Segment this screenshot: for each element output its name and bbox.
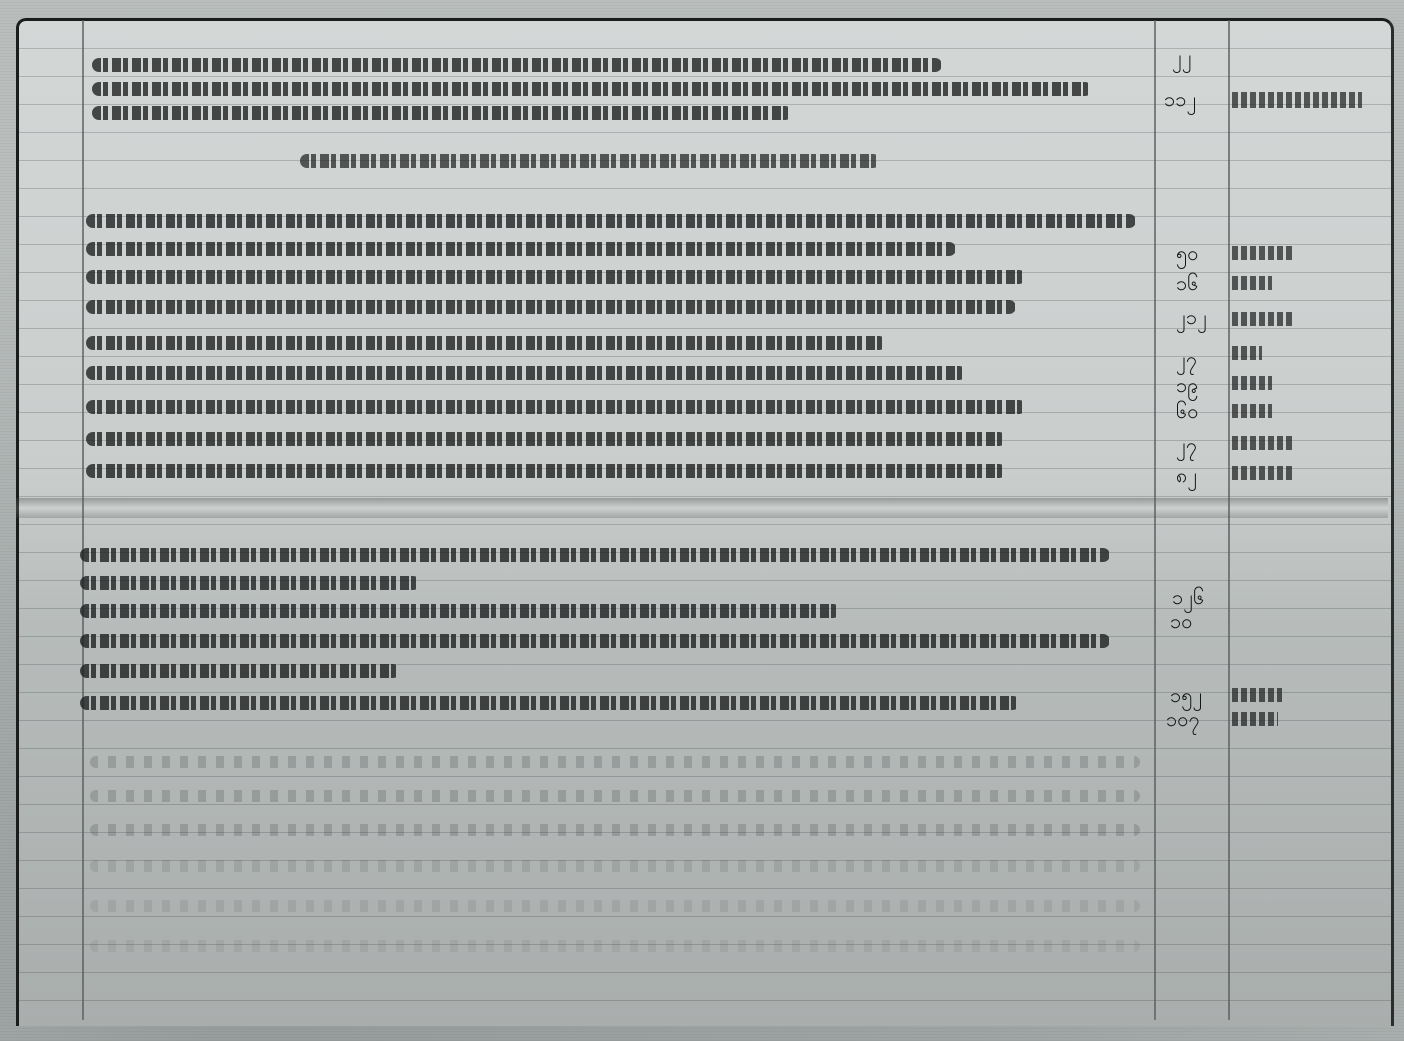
section-heading — [300, 146, 880, 172]
section1-note-3 — [1232, 312, 1292, 326]
section1-line-3 — [86, 262, 1026, 288]
header-number-2: ၁၁၂ — [1164, 86, 1196, 116]
handwritten-ink — [92, 58, 942, 72]
header-line-2 — [92, 74, 1092, 100]
section1-note-7 — [1232, 436, 1292, 450]
section1-note-2 — [1232, 276, 1272, 290]
left-margin-rule — [82, 20, 84, 1020]
section1-number-2: ၁၆ — [1176, 270, 1199, 300]
section2-number-2: ၁၀ — [1170, 608, 1193, 638]
bleed-through-text — [90, 900, 1140, 912]
handwritten-ink — [80, 664, 400, 678]
section2-line-1 — [80, 540, 1110, 566]
section2-line-5 — [80, 656, 400, 682]
handwritten-ink — [80, 548, 1110, 562]
bleed-through-text — [90, 940, 1140, 952]
handwritten-ink — [80, 634, 1110, 648]
bleed-through-text — [90, 756, 1140, 768]
handwritten-ink — [92, 82, 1092, 96]
handwritten-ink — [86, 270, 1026, 284]
section1-number-3: ၂၁၂ — [1176, 304, 1207, 334]
handwritten-ink — [86, 464, 1006, 478]
section1-line-1 — [86, 206, 1136, 232]
handwritten-ink — [86, 242, 956, 256]
bleed-through-text — [90, 790, 1140, 802]
section2-line-4 — [80, 626, 1110, 652]
bleed-through-text — [90, 824, 1140, 836]
section1-note-8 — [1232, 466, 1292, 480]
section1-note-4 — [1232, 346, 1262, 360]
bleed-through-text — [90, 860, 1140, 872]
section1-number-1: ၅၀ — [1176, 240, 1199, 270]
section1-number-8: ၈၂ — [1176, 462, 1197, 492]
header-number: ၂၂ — [1172, 44, 1192, 74]
section1-line-9 — [86, 456, 1006, 482]
header-line-3 — [92, 98, 792, 124]
section1-note-1 — [1232, 246, 1292, 260]
handwritten-ink — [86, 432, 1006, 446]
section1-line-8 — [86, 424, 1006, 450]
section1-line-5 — [86, 328, 886, 354]
page-fold — [16, 498, 1388, 518]
section2-line-2 — [80, 568, 420, 594]
handwritten-ink — [92, 106, 792, 120]
handwritten-ink — [86, 214, 1136, 228]
handwritten-ink — [86, 300, 1016, 314]
handwritten-ink — [80, 576, 420, 590]
section2-note-1 — [1232, 688, 1282, 702]
section1-line-6 — [86, 358, 966, 384]
section2-line-6 — [80, 688, 1020, 714]
section2-note-2 — [1232, 712, 1278, 726]
section1-line-2 — [86, 234, 956, 260]
header-note — [1232, 92, 1362, 108]
note-column-rule — [1228, 20, 1230, 1020]
handwritten-ink — [80, 604, 840, 618]
handwritten-ink — [300, 154, 880, 168]
section1-line-7 — [86, 392, 1026, 418]
header-line-1 — [92, 50, 942, 76]
handwritten-ink — [86, 400, 1026, 414]
section1-line-4 — [86, 292, 1016, 318]
section1-note-6 — [1232, 404, 1272, 418]
number-column-rule — [1154, 20, 1156, 1020]
section1-number-7: ၂၇ — [1176, 432, 1197, 462]
section2-line-3 — [80, 596, 840, 622]
section1-number-6: ၆၀ — [1176, 398, 1199, 428]
handwritten-ink — [86, 336, 886, 350]
handwritten-ink — [86, 366, 966, 380]
section2-number-4: ၁၀၇ — [1166, 706, 1200, 736]
handwritten-ink — [80, 696, 1020, 710]
section1-note-5 — [1232, 376, 1272, 390]
